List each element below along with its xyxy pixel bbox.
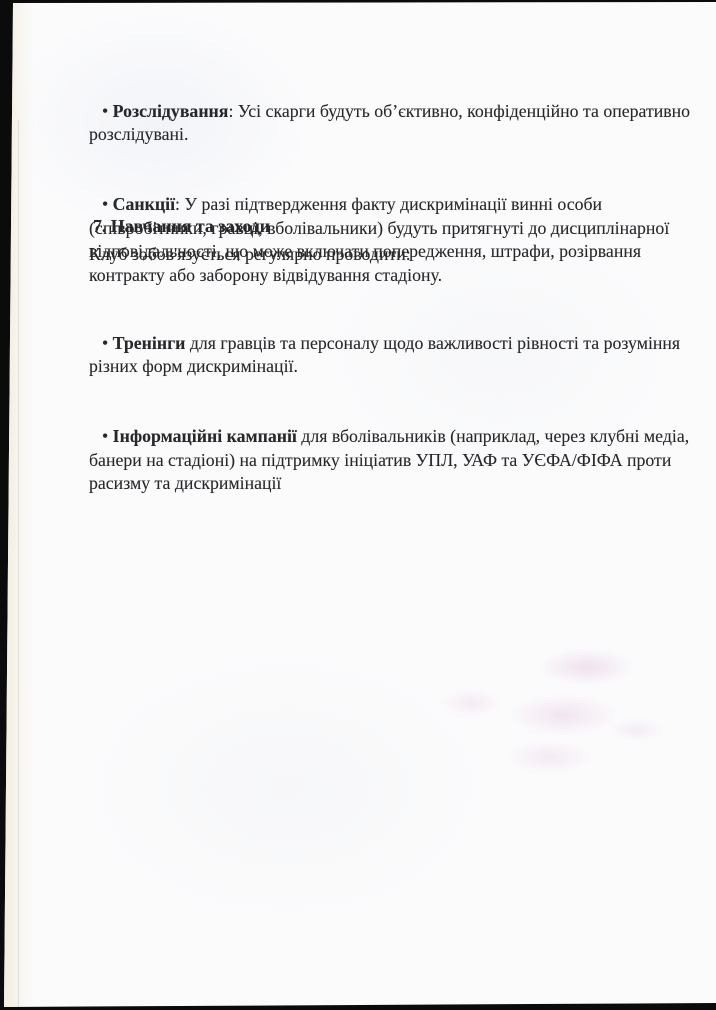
training-measures-list: • Тренінги для гравців та персоналу щодо…	[89, 285, 701, 542]
intro-paragraph: Клуб зобов'язується регулярно проводити:	[89, 243, 701, 266]
bullet-item-trainings: • Тренінги для гравців та персоналу щодо…	[89, 332, 701, 379]
bullet-term: Розслідування	[113, 101, 229, 121]
bullet-marker: •	[102, 194, 113, 214]
section-7-heading: 7. Навчання та заходи	[93, 215, 705, 238]
bullet-marker: •	[102, 333, 113, 353]
bullet-item-campaigns: • Інформаційні кампанії для вболівальник…	[89, 425, 701, 495]
bullet-item-investigation: • Розслідування: Усі скарги будуть об’єк…	[89, 100, 701, 147]
bullet-marker: •	[102, 101, 113, 121]
bullet-term: Тренінги	[113, 333, 186, 353]
document-content: • Розслідування: Усі скарги будуть об’єк…	[0, 0, 716, 1010]
paper-sheet: • Розслідування: Усі скарги будуть об’єк…	[0, 0, 716, 1010]
scanned-document-page: • Розслідування: Усі скарги будуть об’єк…	[0, 0, 716, 1010]
bullet-item-sanctions: • Санкції: У разі підтвердження факту ди…	[89, 193, 701, 287]
bullet-term: Інформаційні кампанії	[113, 426, 297, 446]
bullet-text: : У разі підтвердження факту дискримінац…	[89, 194, 669, 284]
bullet-term: Санкції	[113, 194, 175, 214]
bullet-marker: •	[102, 426, 113, 446]
